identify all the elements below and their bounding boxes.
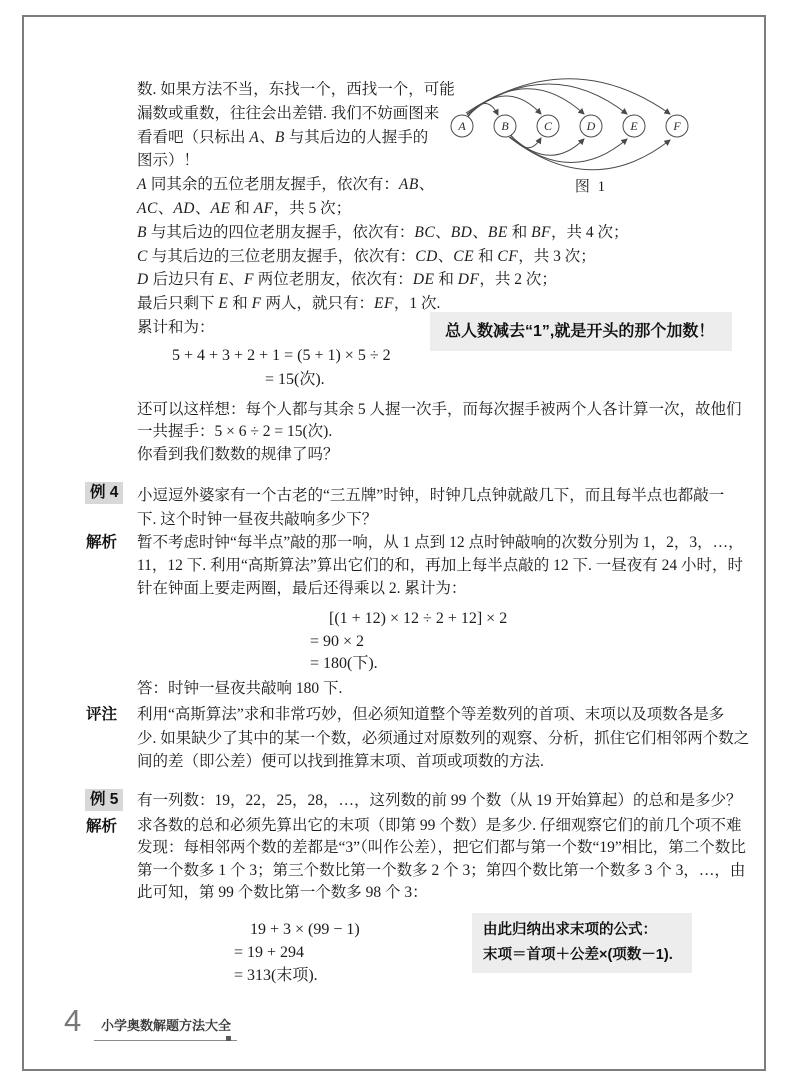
text-line: = 90 × 2: [137, 631, 597, 654]
page-number: 4: [64, 1003, 81, 1039]
formula-handshake-sum: 5 + 4 + 3 + 2 + 1 = (5 + 1) × 5 ÷ 2= 15(…: [137, 344, 597, 392]
example-4-answer: 答：时钟一昼夜共敲响 180 下.: [137, 677, 737, 700]
text-line: 下. 这个时钟一昼夜共敲响多少下？: [137, 508, 737, 532]
text-line: = 180(下).: [137, 653, 597, 676]
text-line: 利用“高斯算法”求和非常巧妙，但必须知道整个等差数列的首项、末项以及项数各是多: [137, 703, 737, 727]
text-line: C 与其后边的三位老朋友握手，依次有：CD、CE 和 CF，共 3 次；: [137, 245, 737, 269]
text-line: 小逗逗外婆家有一个古老的“三五牌”时钟，时钟几点钟就敲几下，而且每半点也都敲一: [137, 484, 737, 508]
text-line: 有一列数：19，22，25，28，…，这列数的前 99 个数（从 19 开始算起…: [137, 789, 737, 812]
text-line: 图示）！: [137, 149, 737, 173]
text-line: 由此归纳出求末项的公式：: [483, 918, 692, 943]
text-line: 针在钟面上要走两圈，最后还得乘以 2. 累计为：: [137, 577, 737, 600]
analysis-label-example5: 解析: [86, 815, 117, 838]
text-line: 你看到我们数数的规律了吗？: [137, 444, 737, 466]
text-line: = 15(次).: [137, 368, 597, 392]
text-line: 11，12 下. 利用“高斯算法”算出它们的和，再加上每半点敲的 12 下. 一…: [137, 554, 737, 577]
text-line: 数. 如果方法不当，东找一个，西找一个，可能: [137, 78, 737, 102]
book-title: 小学奥数解题方法大全: [94, 1015, 237, 1041]
text-line: AC、AD、AE 和 AF，共 5 次；: [137, 197, 737, 221]
text-line: 看看吧（只标出 A、B 与其后边的人握手的: [137, 126, 737, 150]
text-line: 暂不考虑时钟“每半点”敲的那一响，从 1 点到 12 点时钟敲响的次数分别为 1…: [137, 531, 737, 554]
text-line: A 同其余的五位老朋友握手，依次有：AB、: [137, 173, 737, 197]
text-line: [(1 + 12) × 12 ÷ 2 + 12] × 2: [137, 608, 597, 631]
text-line: 求各数的总和必须先算出它的末项（即第 99 个数）是多少. 仔细观察它们的前几个…: [137, 815, 737, 837]
text-line: 一共握手：5 × 6 ÷ 2 = 15(次).: [137, 421, 737, 443]
text-line: D 后边只有 E、F 两位老朋友，依次有：DE 和 DF，共 2 次；: [137, 268, 737, 292]
analysis-label-example4: 解析: [86, 531, 117, 554]
example-4-label: 例 4: [85, 482, 123, 504]
example-4-analysis: 暂不考虑时钟“每半点”敲的那一响，从 1 点到 12 点时钟敲响的次数分别为 1…: [137, 531, 737, 600]
example-5-analysis: 求各数的总和必须先算出它的末项（即第 99 个数）是多少. 仔细观察它们的前几个…: [137, 815, 737, 905]
intro-paragraph: 数. 如果方法不当，东找一个，西找一个，可能漏数或重数，往往会出差错. 我们不妨…: [137, 78, 737, 340]
textbook-page: A B C D E F 图 1 数. 如果方法不当，东找一个，西找一个，可能漏数…: [0, 0, 790, 1090]
text-line: 漏数或重数，往往会出差错. 我们不妨画图来: [137, 102, 737, 126]
text-line: 第一个数多 1 个 3；第三个数比第一个数多 2 个 3；第四个数比第一个数多 …: [137, 860, 737, 882]
text-line: 末项＝首项＋公差×(项数－1).: [483, 943, 692, 968]
text-line: 发现：每相邻两个数的差都是“3”（叫作公差），把它们都与第一个数“19”相比，第…: [137, 837, 737, 859]
hint-box-last-term-formula: 由此归纳出求末项的公式：末项＝首项＋公差×(项数－1).: [472, 913, 692, 973]
text-line: 5 + 4 + 3 + 2 + 1 = (5 + 1) × 5 ÷ 2: [137, 344, 597, 368]
text-line: B 与其后边的四位老朋友握手，依次有：BC、BD、BE 和 BF，共 4 次；: [137, 221, 737, 245]
note-label-example4: 评注: [86, 703, 117, 726]
text-line: 间的差（即公差）便可以找到推算末项、首项或项数的方法.: [137, 750, 737, 774]
footer-dot-decoration: [226, 1036, 231, 1041]
text-line: 此可知，第 99 个数比第一个数多 98 个 3：: [137, 882, 737, 904]
text-line: 少. 如果缺少了其中的某一个数，必须通过对原数列的观察、分析，抓住它们相邻两个数…: [137, 727, 737, 751]
example-5-problem: 有一列数：19，22，25，28，…，这列数的前 99 个数（从 19 开始算起…: [137, 789, 737, 812]
text-line: 还可以这样想：每个人都与其余 5 人握一次手，而每次握手被两个人各计算一次，故他…: [137, 399, 737, 421]
alternative-method-paragraph: 还可以这样想：每个人都与其余 5 人握一次手，而每次握手被两个人各计算一次，故他…: [137, 399, 737, 466]
formula-clock-strikes: [(1 + 12) × 12 ÷ 2 + 12] × 2= 90 × 2= 18…: [137, 608, 597, 676]
example-4-problem: 小逗逗外婆家有一个古老的“三五牌”时钟，时钟几点钟就敲几下，而且每半点也都敲一下…: [137, 484, 737, 531]
example-4-note: 利用“高斯算法”求和非常巧妙，但必须知道整个等差数列的首项、末项以及项数各是多少…: [137, 703, 737, 774]
example-5-label: 例 5: [85, 789, 123, 811]
